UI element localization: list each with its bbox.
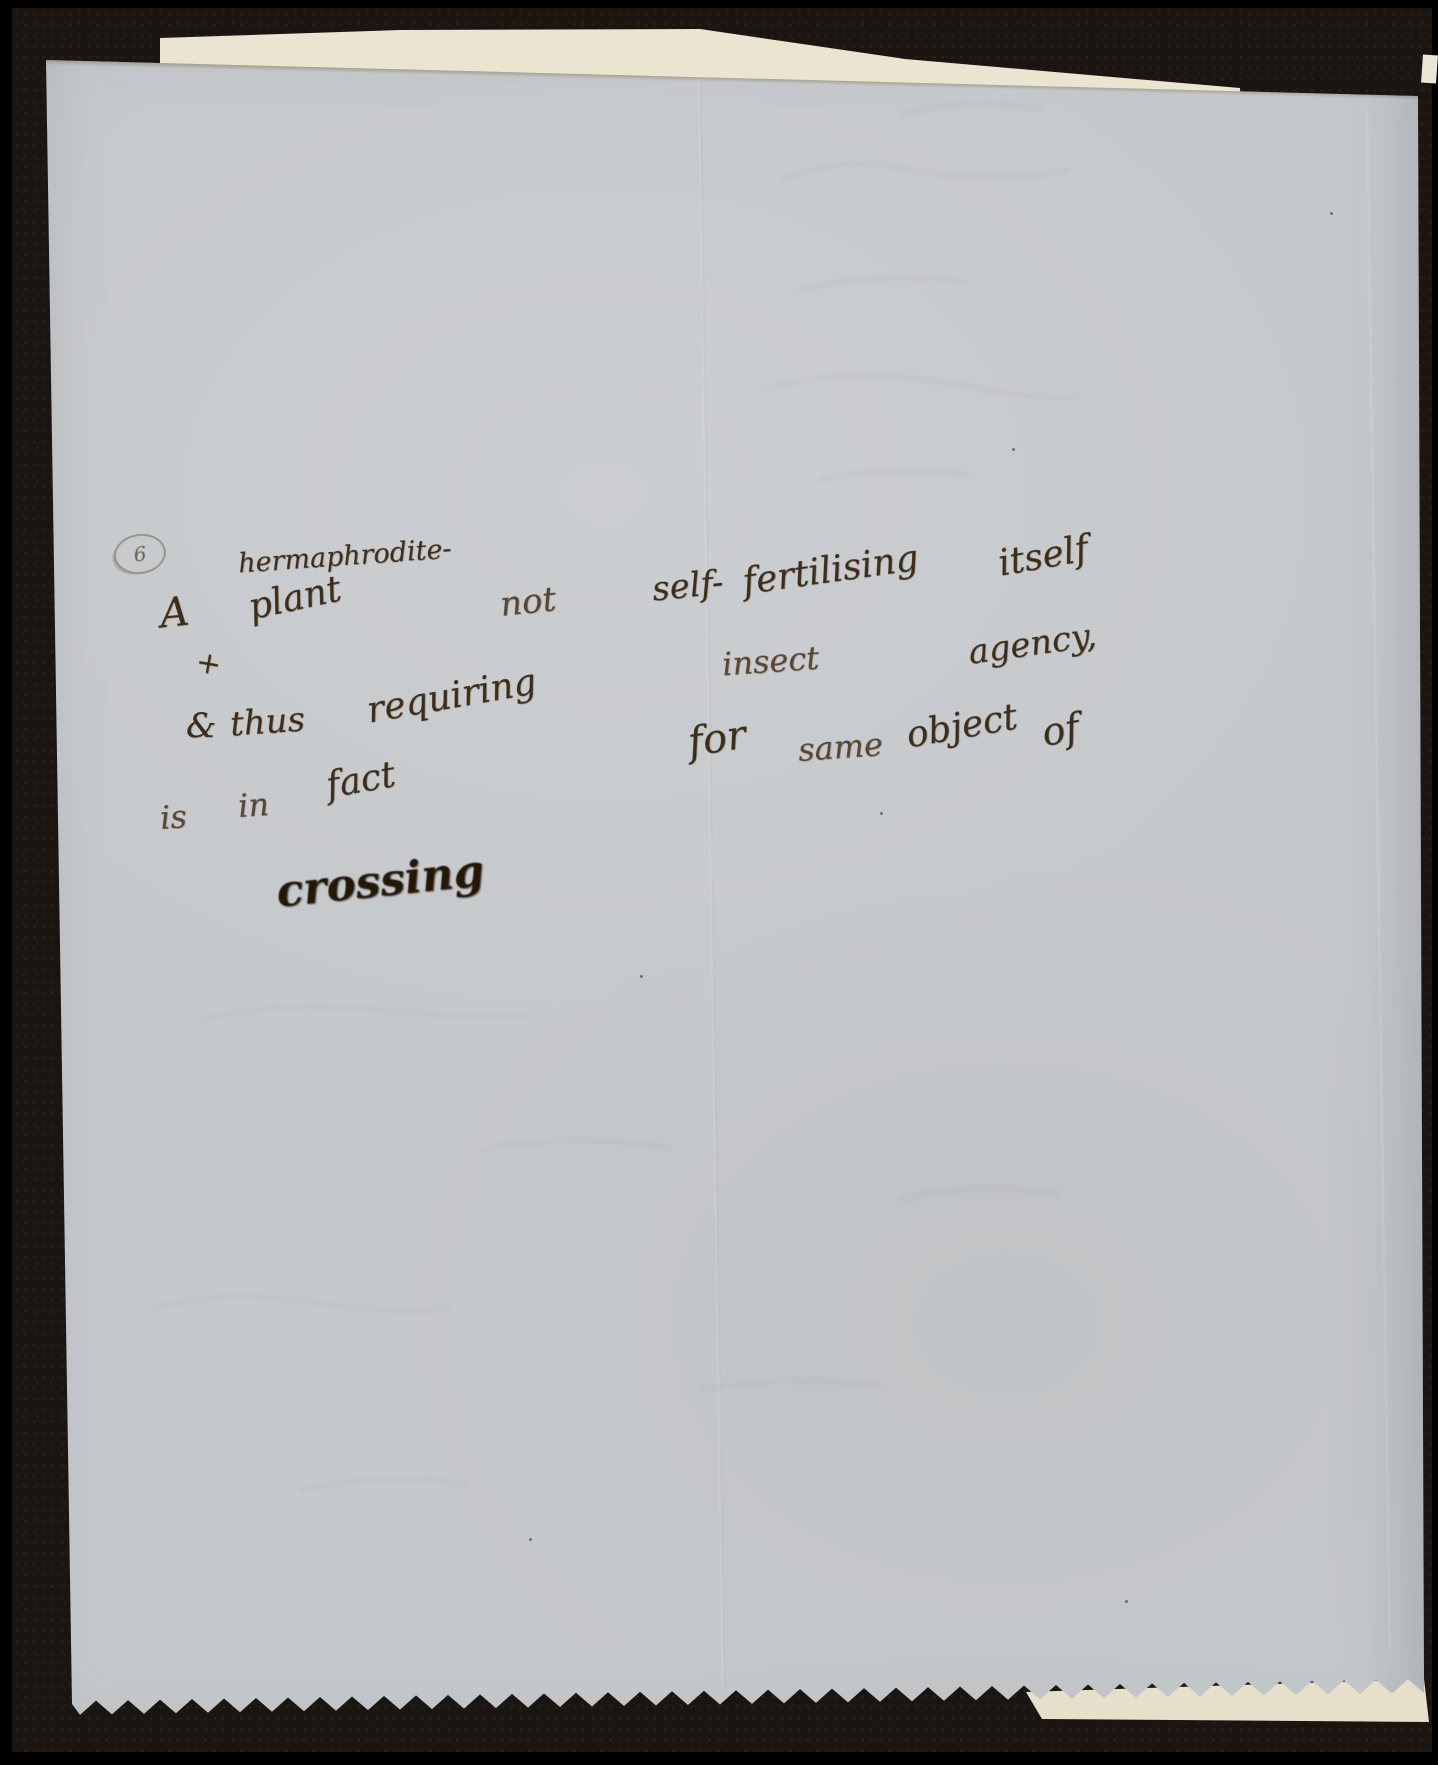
handwritten-word: fact — [323, 754, 398, 806]
handwritten-word: thus — [229, 699, 307, 744]
handwritten-word: requiring — [364, 661, 540, 731]
page-number-annotation: 6 — [111, 531, 168, 578]
backing-sheet-corner-sliver — [1421, 55, 1438, 84]
handwritten-word: is — [159, 797, 188, 837]
handwritten-word: in — [237, 785, 270, 825]
handwritten-word: self- — [650, 562, 725, 609]
dust-speck — [1012, 448, 1015, 451]
insertion-caret-mark: + — [193, 644, 224, 683]
handwritten-word: object — [903, 697, 1020, 757]
page-number-text: 6 — [132, 541, 148, 567]
handwritten-word-interlined: hermaphrodite- — [237, 534, 452, 580]
dust-speck — [1330, 212, 1333, 215]
handwritten-word: crossing — [274, 845, 487, 917]
manuscript-scan: { "manuscript": { "page_annotation": "6"… — [0, 0, 1438, 1765]
dust-speck — [1125, 1600, 1128, 1603]
handwritten-word: fertilising — [740, 538, 921, 603]
center-fold-crease — [698, 62, 725, 1692]
handwritten-word: & — [186, 706, 216, 746]
manuscript-page: 6 hermaphrodite- A plant not self- ferti… — [0, 0, 1438, 1765]
handwritten-word: A — [158, 589, 192, 638]
handwritten-word: not — [498, 579, 558, 625]
handwritten-word: insect — [721, 639, 820, 684]
handwritten-word: agency, — [966, 615, 1099, 673]
right-crease — [1366, 110, 1391, 1650]
handwritten-word: itself — [995, 528, 1091, 584]
dust-speck — [640, 975, 643, 978]
handwritten-word: for — [685, 712, 749, 766]
dust-speck — [880, 812, 883, 815]
handwritten-word: of — [1038, 705, 1082, 755]
handwritten-word: same — [797, 725, 884, 769]
dust-speck — [529, 1538, 532, 1541]
